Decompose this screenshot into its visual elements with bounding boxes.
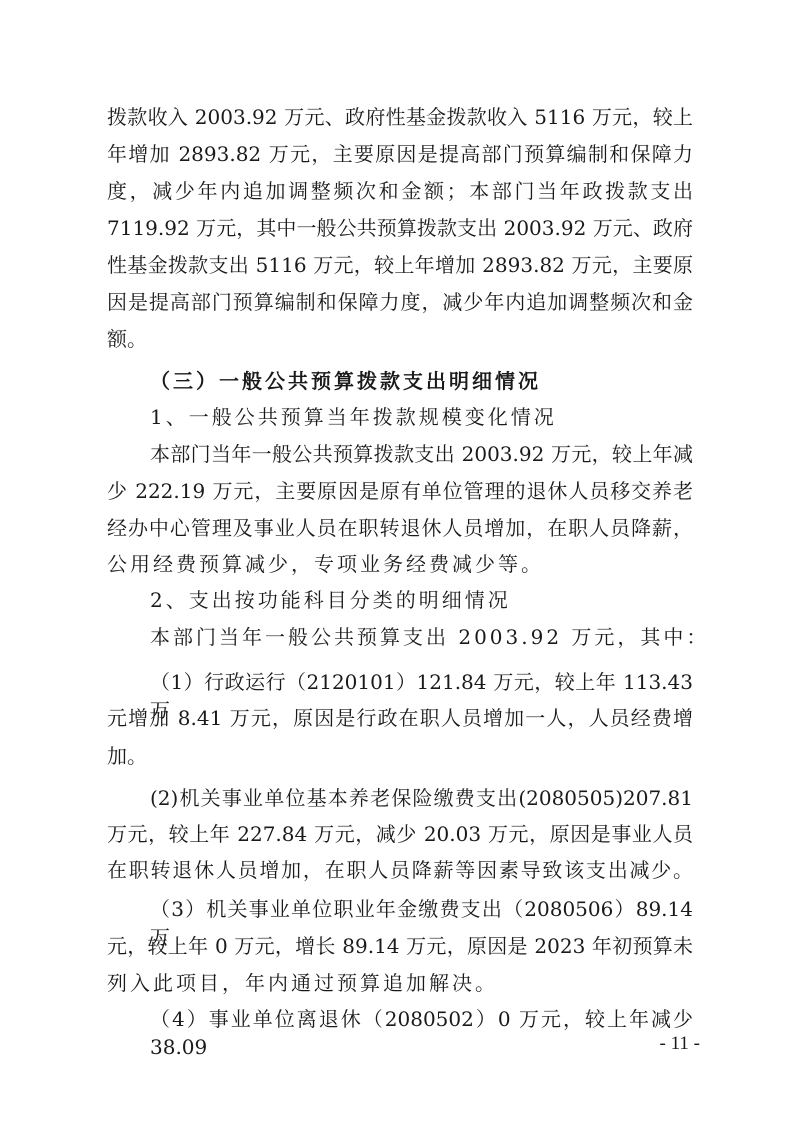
paragraph-line: 因是提高部门预算编制和保障力度，减少年内追加调整频次和金 [107, 288, 693, 316]
paragraph-line: 额。 [107, 325, 693, 353]
list-item-line: 元增加 8.41 万元，原因是行政在职人员增加一人，人员经费增 [107, 704, 693, 732]
section-heading: （三）一般公共预算拨款支出明细情况 [150, 367, 693, 395]
paragraph-line: 7119.92 万元，其中一般公共预算拨款支出 2003.92 万元、政府 [107, 214, 693, 242]
paragraph-line: 公用经费预算减少，专项业务经费减少等。 [107, 550, 693, 578]
list-item-line: 加。 [107, 742, 693, 770]
sub-heading: 1、一般公共预算当年拨款规模变化情况 [150, 403, 693, 431]
sub-heading: 2、支出按功能科目分类的明细情况 [150, 586, 693, 614]
list-item-line: (2)机关事业单位基本养老保险缴费支出(2080505)207.81 [150, 784, 693, 812]
list-item-line: 在职转退休人员增加，在职人员降薪等因素导致该支出减少。 [107, 856, 693, 884]
paragraph-line: 经办中心管理及事业人员在职转退休人员增加，在职人员降薪， [107, 514, 693, 542]
list-item-line: 万元，较上年 227.84 万元，减少 20.03 万元，原因是事业人员 [107, 820, 693, 848]
list-item-line: （3）机关事业单位职业年金缴费支出（2080506）89.14 万 [150, 895, 693, 923]
paragraph-line: 少 222.19 万元，主要原因是原有单位管理的退休人员移交养老 [107, 477, 693, 505]
paragraph-line: 本部门当年一般公共预算拨款支出 2003.92 万元，较上年减 [150, 440, 693, 468]
list-item-line: 列入此项目，年内通过预算追加解决。 [107, 969, 693, 997]
paragraph-line: 年增加 2893.82 万元，主要原因是提高部门预算编制和保障力 [107, 140, 693, 168]
document-page: 拨款收入 2003.92 万元、政府性基金拨款收入 5116 万元，较上 年增加… [0, 0, 793, 1122]
paragraph-line: 拨款收入 2003.92 万元、政府性基金拨款收入 5116 万元，较上 [107, 103, 693, 131]
list-item-line: （4）事业单位离退休（2080502）0 万元，较上年减少 38.09 [150, 1005, 693, 1033]
list-item-line: 元，较上年 0 万元，增长 89.14 万元，原因是 2023 年初预算未 [107, 932, 693, 960]
paragraph-line: 度，减少年内追加调整频次和金额；本部门当年政拨款支出 [107, 177, 693, 205]
page-number: - 11 - [640, 1032, 700, 1056]
paragraph-line: 性基金拨款支出 5116 万元，较上年增加 2893.82 万元，主要原 [107, 251, 693, 279]
list-item-line: （1）行政运行（2120101）121.84 万元，较上年 113.43 万 [150, 668, 693, 696]
paragraph-line: 本部门当年一般公共预算支出 2003.92 万元，其中： [150, 623, 693, 651]
